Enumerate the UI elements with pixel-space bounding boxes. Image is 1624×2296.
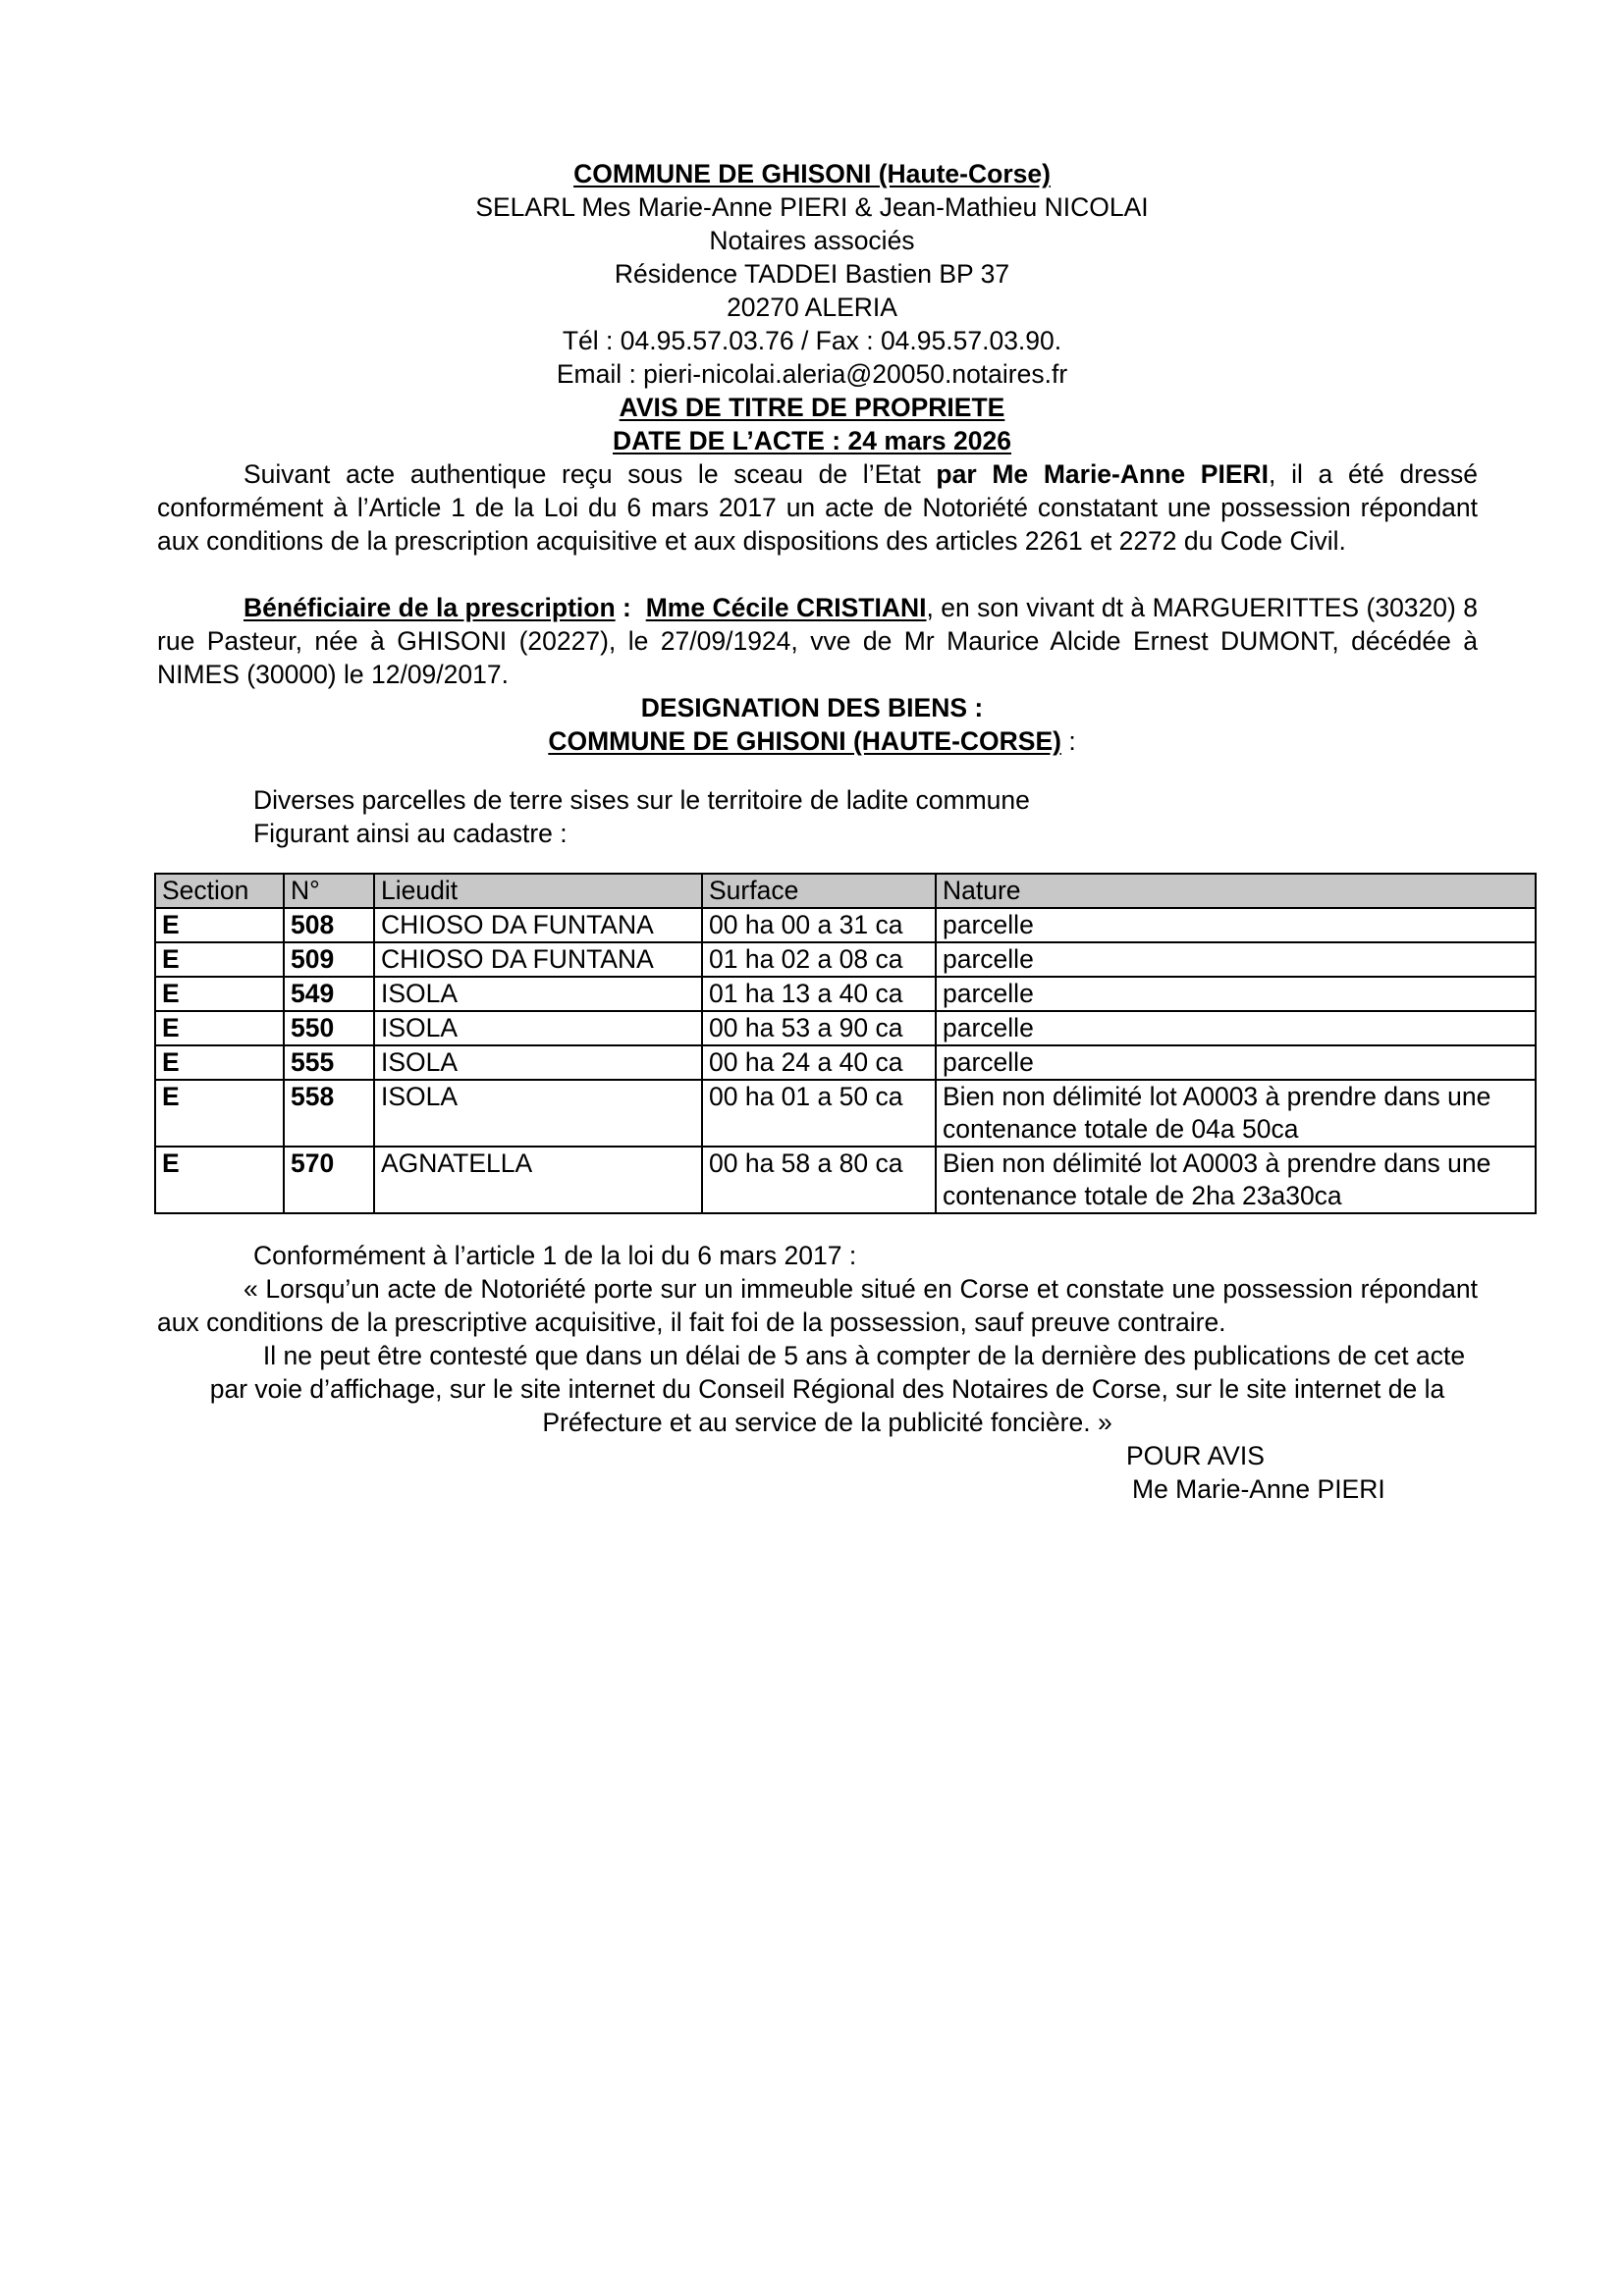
phone-fax: Tél : 04.95.57.03.76 / Fax : 04.95.57.03… <box>0 324 1624 357</box>
cell-number: 555 <box>284 1045 374 1080</box>
office-name: SELARL Mes Marie-Anne PIERI & Jean-Mathi… <box>0 190 1624 224</box>
email: Email : pieri-nicolai.aleria@20050.notai… <box>0 357 1624 391</box>
beneficiary-name: Mme Cécile CRISTIANI <box>646 593 927 622</box>
beneficiary-label: Bénéficiaire de la prescription <box>244 593 616 622</box>
col-nature: Nature <box>936 874 1536 908</box>
table-header-row: Section N° Lieudit Surface Nature <box>155 874 1536 908</box>
cell-surface: 00 ha 53 a 90 ca <box>702 1011 936 1045</box>
cell-lieudit: ISOLA <box>374 1045 702 1080</box>
designation-line-2: Figurant ainsi au cadastre : <box>253 817 568 850</box>
cell-number: 508 <box>284 908 374 942</box>
address-line-1: Résidence TADDEI Bastien BP 37 <box>0 257 1624 291</box>
table-row: E509CHIOSO DA FUNTANA01 ha 02 a 08 capar… <box>155 942 1536 977</box>
cell-nature: parcelle <box>936 1011 1536 1045</box>
cell-nature: Bien non délimité lot A0003 à prendre da… <box>936 1147 1536 1213</box>
office-role: Notaires associés <box>0 224 1624 257</box>
table-row: E549ISOLA01 ha 13 a 40 caparcelle <box>155 977 1536 1011</box>
cell-lieudit: CHIOSO DA FUNTANA <box>374 908 702 942</box>
commune-heading: COMMUNE DE GHISONI (Haute-Corse) <box>0 157 1624 190</box>
cell-number: 509 <box>284 942 374 977</box>
cell-surface: 00 ha 58 a 80 ca <box>702 1147 936 1213</box>
designation-commune-name: COMMUNE DE GHISONI (HAUTE-CORSE) <box>548 726 1061 756</box>
cell-nature: Bien non délimité lot A0003 à prendre da… <box>936 1080 1536 1147</box>
table-row: E550ISOLA00 ha 53 a 90 caparcelle <box>155 1011 1536 1045</box>
act-date: DATE DE L’ACTE : 24 mars 2026 <box>0 424 1624 457</box>
cell-nature: parcelle <box>936 977 1536 1011</box>
col-surface: Surface <box>702 874 936 908</box>
cell-number: 570 <box>284 1147 374 1213</box>
cell-number: 558 <box>284 1080 374 1147</box>
cell-section: E <box>155 942 284 977</box>
cell-section: E <box>155 908 284 942</box>
col-number: N° <box>284 874 374 908</box>
cell-number: 550 <box>284 1011 374 1045</box>
cell-section: E <box>155 1011 284 1045</box>
cell-surface: 00 ha 24 a 40 ca <box>702 1045 936 1080</box>
table-row: E508CHIOSO DA FUNTANA00 ha 00 a 31 capar… <box>155 908 1536 942</box>
cell-section: E <box>155 977 284 1011</box>
cell-surface: 00 ha 00 a 31 ca <box>702 908 936 942</box>
cell-section: E <box>155 1147 284 1213</box>
cell-section: E <box>155 1080 284 1147</box>
table-row: E555ISOLA00 ha 24 a 40 caparcelle <box>155 1045 1536 1080</box>
cell-nature: parcelle <box>936 1045 1536 1080</box>
intro-paragraph: Suivant acte authentique reçu sous le sc… <box>157 457 1478 558</box>
cell-lieudit: ISOLA <box>374 1011 702 1045</box>
designation-commune-suffix: : <box>1061 726 1076 756</box>
beneficiary-sep: : <box>616 593 646 622</box>
cell-lieudit: CHIOSO DA FUNTANA <box>374 942 702 977</box>
notice-title: AVIS DE TITRE DE PROPRIETE <box>0 391 1624 424</box>
table-row: E558ISOLA00 ha 01 a 50 caBien non délimi… <box>155 1080 1536 1147</box>
closing-quote-1: « Lorsqu’un acte de Notoriété porte sur … <box>157 1272 1478 1339</box>
closing-line-1: Conformément à l’article 1 de la loi du … <box>253 1239 856 1272</box>
signature-name: Me Marie-Anne PIERI <box>1132 1472 1385 1506</box>
cell-nature: parcelle <box>936 942 1536 977</box>
intro-text-a: Suivant acte authentique reçu sous le sc… <box>244 459 936 489</box>
cell-nature: parcelle <box>936 908 1536 942</box>
cadastre-table: Section N° Lieudit Surface Nature E508CH… <box>154 873 1537 1214</box>
cell-number: 549 <box>284 977 374 1011</box>
address-line-2: 20270 ALERIA <box>0 291 1624 324</box>
cell-lieudit: ISOLA <box>374 1080 702 1147</box>
cell-surface: 01 ha 02 a 08 ca <box>702 942 936 977</box>
cell-surface: 01 ha 13 a 40 ca <box>702 977 936 1011</box>
designation-line-1: Diverses parcelles de terre sises sur le… <box>253 783 1030 817</box>
cell-lieudit: AGNATELLA <box>374 1147 702 1213</box>
designation-commune: COMMUNE DE GHISONI (HAUTE-CORSE) : <box>0 724 1624 758</box>
cell-section: E <box>155 1045 284 1080</box>
beneficiary-paragraph: Bénéficiaire de la prescription : Mme Cé… <box>157 591 1478 691</box>
col-section: Section <box>155 874 284 908</box>
designation-title: DESIGNATION DES BIENS : <box>0 691 1624 724</box>
cell-surface: 00 ha 01 a 50 ca <box>702 1080 936 1147</box>
notary-name: par Me Marie-Anne PIERI <box>936 459 1269 489</box>
cell-lieudit: ISOLA <box>374 977 702 1011</box>
col-lieudit: Lieudit <box>374 874 702 908</box>
closing-quote-2: Il ne peut être contesté que dans un dél… <box>177 1339 1478 1439</box>
table-row: E570AGNATELLA00 ha 58 a 80 caBien non dé… <box>155 1147 1536 1213</box>
signature-pour-avis: POUR AVIS <box>1126 1439 1265 1472</box>
